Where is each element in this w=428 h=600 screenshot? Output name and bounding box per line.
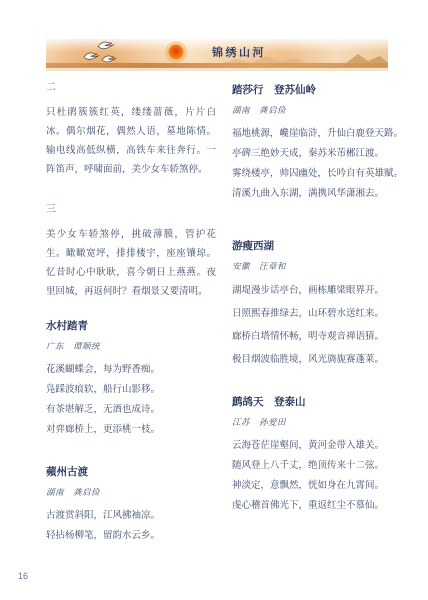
poem-title: 游瘦西湖: [232, 240, 409, 253]
page-number: 16: [18, 571, 28, 581]
poem-zhegu-tian: 鹧鸪天 登泰山 江苏 孙爱田 云海苍茫崖壑间，黄河金带入雄关。 随风登上八千丈，…: [232, 396, 409, 516]
poem-line: 虔心稽首佛光下，重返红尘不慕仙。: [232, 496, 409, 516]
poem-title: 鹧鸪天 登泰山: [232, 396, 409, 409]
poem-author: 湖南 龚启俭: [232, 105, 409, 116]
poem-author: 安徽 汪章和: [232, 261, 409, 272]
poem-line: 雾绕楼亭，帅囚幽处，长吟自有英雄赋。: [232, 164, 409, 184]
poem-line: 极目烟波临胜境，风光旖旎赛蓬莱。: [232, 349, 409, 372]
poem-body: 福地桃源，巉崖临浒，升仙白鹿登天路。 亭碑三绝妙天成，秦苏米芾郴江渡。 雾绕楼亭…: [232, 124, 409, 204]
section-number: 三: [46, 204, 216, 216]
poem-author: 江苏 孙爱田: [232, 417, 409, 428]
poem-line: 福地桃源，巉崖临浒，升仙白鹿登天路。: [232, 124, 409, 144]
poem-line: 廊桥白塔情怀畅，明寺观音禅语猜。: [232, 326, 409, 349]
poem-tasha-xing: 踏莎行 登苏仙岭 湖南 龚启俭 福地桃源，巉崖临浒，升仙白鹿登天路。 亭碑三绝妙…: [232, 84, 409, 204]
poem-title: 蘋州古渡: [46, 466, 216, 479]
poem-author: 湖南 龚启俭: [46, 487, 216, 498]
poem-ancient-ferry: 蘋州古渡 湖南 龚启俭 古渡赏斜阳，江风拂袖凉。 轻拈杨柳笔，留韵水云乡。: [46, 466, 216, 546]
stanza-paragraph: 只杜鹃簇簇红英，缕缕蔷薇，片片白冰。偶尔烟花，偶然人语，墓地陈情。输电线高低纵横…: [46, 104, 216, 180]
poem-line: 有茶堪解乏，无酒也成诗。: [46, 400, 216, 420]
banner-title: 锦绣山河: [211, 45, 266, 59]
sun-icon: [169, 45, 184, 60]
poem-line: 亭碑三绝妙天成，秦苏米芾郴江渡。: [232, 144, 409, 164]
poem-line: 湖堤漫步话亭台，画栋雕梁眼界开。: [232, 280, 409, 303]
right-column: 踏莎行 登苏仙岭 湖南 龚启俭 福地桃源，巉崖临浒，升仙白鹿登天路。 亭碑三绝妙…: [232, 84, 409, 516]
section-number: 二: [46, 82, 216, 94]
header-banner: 锦绣山河: [46, 39, 388, 71]
poem-line: 清溪九曲入东湖，满携风华潇湘去。: [232, 184, 409, 204]
poem-line: 日照熙春推绿去，山环碧水送红来。: [232, 303, 409, 326]
poem-water-village-outing: 水村踏青 广东 谭顺统 花溪蝴蝶会，每为野香痴。 凫踩波痕软，船行山影移。 有茶…: [46, 320, 216, 440]
poem-line: 凫踩波痕软，船行山影移。: [46, 380, 216, 400]
poem-body: 云海苍茫崖壑间，黄河金带入雄关。 随风登上八千丈，绝顶传来十二弦。 神淡定，意飘…: [232, 436, 409, 516]
banner-art: 锦绣山河: [46, 39, 388, 71]
poem-line: 对弈廊桥上，更添桃一枝。: [46, 420, 216, 440]
poem-body: 湖堤漫步话亭台，画栋雕梁眼界开。 日照熙春推绿去，山环碧水送红来。 廊桥白塔情怀…: [232, 280, 409, 372]
poem-body: 古渡赏斜阳，江风拂袖凉。 轻拈杨柳笔，留韵水云乡。: [46, 506, 216, 546]
poem-author: 广东 谭顺统: [46, 341, 216, 352]
poem-title: 水村踏青: [46, 320, 216, 333]
poem-title: 踏莎行 登苏仙岭: [232, 84, 409, 97]
stanza-paragraph: 美少女车轿煞停，挑破薄膜，管护花生。瞰瞰宽坪，排排楼宇，座座镶琼。忆昔时心中耿耿…: [46, 226, 216, 302]
left-column: 二 只杜鹃簇簇红英，缕缕蔷薇，片片白冰。偶尔烟花，偶然人语，墓地陈情。输电线高低…: [46, 82, 216, 546]
poem-line: 古渡赏斜阳，江风拂袖凉。: [46, 506, 216, 526]
poem-line: 随风登上八千丈，绝顶传来十二弦。: [232, 456, 409, 476]
poem-line: 神淡定，意飘然，恍如身在九霄间。: [232, 476, 409, 496]
poem-line: 花溪蝴蝶会，每为野香痴。: [46, 360, 216, 380]
poem-body: 花溪蝴蝶会，每为野香痴。 凫踩波痕软，船行山影移。 有茶堪解乏，无酒也成诗。 对…: [46, 360, 216, 440]
book-page: 锦绣山河 二 只杜鹃簇簇红英，缕缕蔷薇，片片白冰。偶尔烟花，偶然人语，墓地陈情。…: [0, 0, 428, 600]
poem-slender-west-lake: 游瘦西湖 安徽 汪章和 湖堤漫步话亭台，画栋雕梁眼界开。 日照熙春推绿去，山环碧…: [232, 240, 409, 372]
banner-bottom-strip: [46, 63, 388, 68]
poem-line: 轻拈杨柳笔，留韵水云乡。: [46, 526, 216, 546]
poem-line: 云海苍茫崖壑间，黄河金带入雄关。: [232, 436, 409, 456]
